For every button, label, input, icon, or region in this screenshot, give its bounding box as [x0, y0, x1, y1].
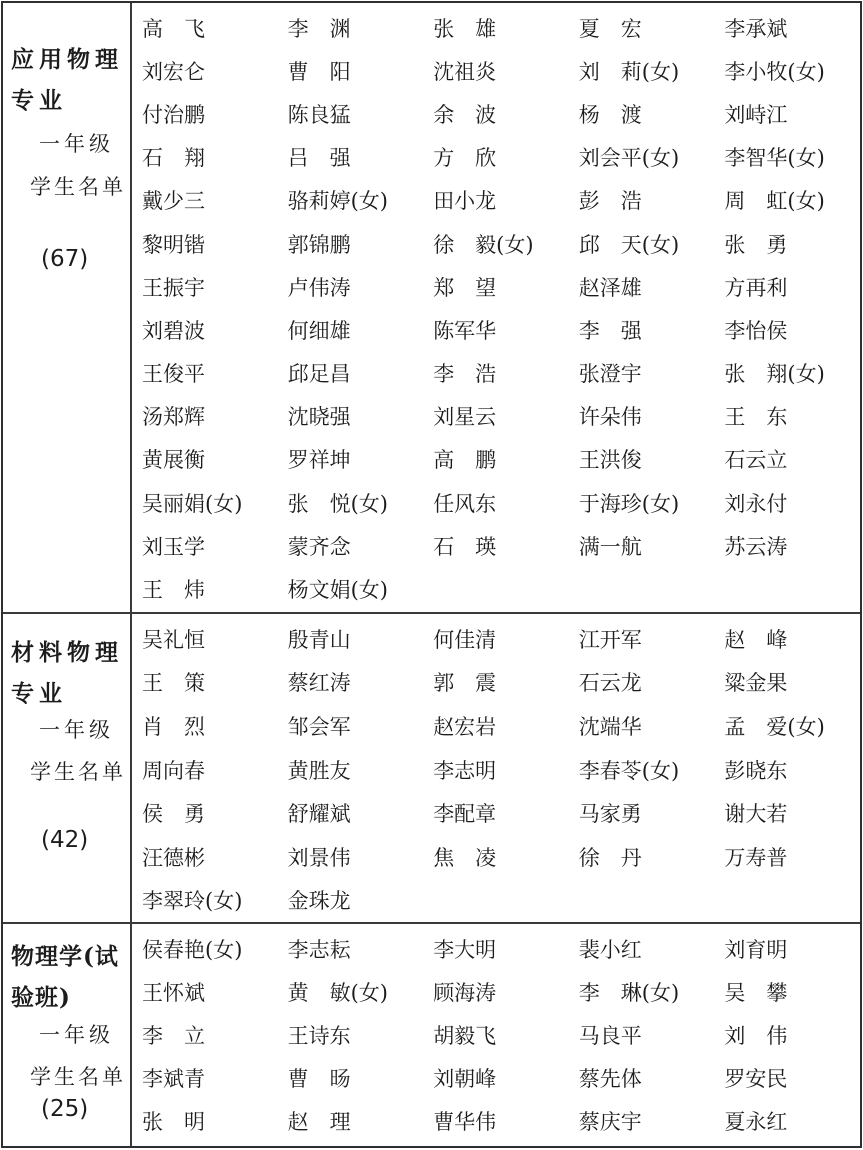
student-name: 高 飞	[132, 13, 278, 43]
student-name: 王俊平	[132, 358, 278, 388]
grade-label: 一年级	[39, 128, 114, 158]
student-name: 何佳清	[423, 624, 569, 654]
name-row: 王俊平邱足昌李 浩张澄宇张 翔(女)	[132, 352, 860, 395]
list-label: 学生名单	[30, 1061, 126, 1091]
student-name: 赵泽雄	[569, 272, 715, 302]
name-row: 黄展衡罗祥坤高 鹏王洪俊石云立	[132, 438, 860, 481]
student-name: 李配章	[423, 798, 569, 828]
student-name: 邱 天(女)	[569, 229, 715, 259]
student-name: 卢伟涛	[278, 272, 424, 302]
student-name: 刘景伟	[278, 842, 424, 872]
student-name: 邹会军	[278, 711, 424, 741]
student-name: 夏永红	[714, 1106, 860, 1136]
page: 应用物理 专业 一年级 学生名单 (67) 高 飞李 渊张 雄夏 宏李承斌刘宏仑…	[0, 0, 863, 1150]
student-name: 舒耀斌	[278, 798, 424, 828]
name-row: 戴少三骆莉婷(女)田小龙彭 浩周 虹(女)	[132, 179, 860, 222]
student-name: 张 悦(女)	[278, 488, 424, 518]
name-row: 付治鹏陈良猛余 波杨 渡刘峙江	[132, 92, 860, 135]
student-name: 侯春艳(女)	[132, 934, 278, 964]
student-name: 李志明	[423, 755, 569, 785]
student-name: 裴小红	[569, 934, 715, 964]
student-name: 孟 爱(女)	[714, 711, 860, 741]
count-label: (42)	[41, 827, 88, 853]
student-name: 骆莉婷(女)	[278, 185, 424, 215]
name-row: 李翠玲(女)金珠龙	[132, 878, 860, 922]
student-name: 吕 强	[278, 142, 424, 172]
student-name: 刘玉学	[132, 531, 278, 561]
label-cell-physics-experimental: 物理学(试 验班) 一年级 学生名单 (25)	[3, 924, 132, 1146]
student-name: 黎明锴	[132, 229, 278, 259]
name-row: 石 翔吕 强方 欣刘会平(女)李智华(女)	[132, 136, 860, 179]
student-name: 石云龙	[569, 667, 715, 697]
names-grid-physics-experimental: 侯春艳(女)李志耘李大明裴小红刘育明王怀斌黄 敏(女)顾海涛李 琳(女)吴 攀李…	[132, 924, 860, 1146]
name-row: 黎明锴郭锦鹏徐 毅(女)邱 天(女)张 勇	[132, 222, 860, 265]
student-name: 王洪俊	[569, 444, 715, 474]
student-name: 杨文娟(女)	[278, 574, 424, 604]
student-name: 罗祥坤	[278, 444, 424, 474]
student-name: 赵宏岩	[423, 711, 569, 741]
student-name: 张 雄	[423, 13, 569, 43]
student-name: 方再利	[714, 272, 860, 302]
name-row: 吴丽娟(女)张 悦(女)任风东于海珍(女)刘永付	[132, 481, 860, 524]
student-name: 肖 烈	[132, 711, 278, 741]
name-row: 李斌青曹 旸刘朝峰蔡先体罗安民	[132, 1057, 860, 1100]
student-name: 沈晓强	[278, 401, 424, 431]
student-name: 李承斌	[714, 13, 860, 43]
list-label: 学生名单	[30, 756, 126, 786]
name-row: 肖 烈邹会军赵宏岩沈端华孟 爱(女)	[132, 704, 860, 748]
name-row: 王怀斌黄 敏(女)顾海涛李 琳(女)吴 攀	[132, 970, 860, 1013]
list-label: 学生名单	[30, 171, 126, 201]
student-name: 余 波	[423, 99, 569, 129]
section-materials-physics: 材料物理 专业 一年级 学生名单 (42) 吴礼恒殷青山何佳清江开军赵 峰王 策…	[3, 614, 860, 924]
name-row: 刘宏仑曹 阳沈祖炎刘 莉(女)李小牧(女)	[132, 49, 860, 92]
name-row: 王 炜杨文娟(女)	[132, 567, 860, 610]
student-name: 黄 敏(女)	[278, 977, 424, 1007]
names-grid-applied-physics: 高 飞李 渊张 雄夏 宏李承斌刘宏仑曹 阳沈祖炎刘 莉(女)李小牧(女)付治鹏陈…	[132, 3, 860, 612]
major-label: 应用物理 专业	[11, 39, 131, 121]
student-name: 蒙齐念	[278, 531, 424, 561]
student-name: 张 明	[132, 1106, 278, 1136]
student-name: 李翠玲(女)	[132, 885, 278, 915]
student-name: 刘 伟	[714, 1020, 860, 1050]
student-name: 许朵伟	[569, 401, 715, 431]
name-row: 张 明赵 理曹华伟蔡庆宇夏永红	[132, 1100, 860, 1143]
student-name: 吴 攀	[714, 977, 860, 1007]
student-name: 胡毅飞	[423, 1020, 569, 1050]
student-name: 夏 宏	[569, 13, 715, 43]
name-row: 周向春黄胜友李志明李春苓(女)彭晓东	[132, 748, 860, 792]
student-name: 万寿普	[714, 842, 860, 872]
student-name: 刘会平(女)	[569, 142, 715, 172]
student-name: 刘碧波	[132, 315, 278, 345]
student-name: 李 立	[132, 1020, 278, 1050]
student-name: 侯 勇	[132, 798, 278, 828]
student-name: 沈祖炎	[423, 56, 569, 86]
student-name: 石 瑛	[423, 531, 569, 561]
name-row: 王振宇卢伟涛郑 望赵泽雄方再利	[132, 265, 860, 308]
student-name: 陈良猛	[278, 99, 424, 129]
section-applied-physics: 应用物理 专业 一年级 学生名单 (67) 高 飞李 渊张 雄夏 宏李承斌刘宏仑…	[3, 3, 860, 614]
student-name: 彭晓东	[714, 755, 860, 785]
student-name: 李怡侯	[714, 315, 860, 345]
name-row: 王 策蔡红涛郭 震石云龙粱金果	[132, 661, 860, 705]
student-name: 罗安民	[714, 1063, 860, 1093]
student-name: 王振宇	[132, 272, 278, 302]
student-name: 李大明	[423, 934, 569, 964]
student-name: 粱金果	[714, 667, 860, 697]
student-name: 吴礼恒	[132, 624, 278, 654]
student-name: 徐 丹	[569, 842, 715, 872]
student-name: 曹 阳	[278, 56, 424, 86]
student-name: 赵 峰	[714, 624, 860, 654]
label-cell-applied-physics: 应用物理 专业 一年级 学生名单 (67)	[3, 3, 132, 612]
name-row: 李 立王诗东胡毅飞马良平刘 伟	[132, 1013, 860, 1056]
student-name: 高 鹏	[423, 444, 569, 474]
student-name: 王 策	[132, 667, 278, 697]
student-name: 沈端华	[569, 711, 715, 741]
student-name: 张澄宇	[569, 358, 715, 388]
section-physics-experimental: 物理学(试 验班) 一年级 学生名单 (25) 侯春艳(女)李志耘李大明裴小红刘…	[3, 924, 860, 1146]
student-name: 刘 莉(女)	[569, 56, 715, 86]
name-row: 汤郑辉沈晓强刘星云许朵伟王 东	[132, 395, 860, 438]
student-name: 方 欣	[423, 142, 569, 172]
student-name: 马家勇	[569, 798, 715, 828]
major-label: 材料物理 专业	[11, 632, 131, 714]
student-name: 汪德彬	[132, 842, 278, 872]
student-name: 苏云涛	[714, 531, 860, 561]
student-name: 戴少三	[132, 185, 278, 215]
student-name: 陈军华	[423, 315, 569, 345]
student-name: 汤郑辉	[132, 401, 278, 431]
student-name: 王 炜	[132, 574, 278, 604]
student-name: 赵 理	[278, 1106, 424, 1136]
student-name: 郭锦鹏	[278, 229, 424, 259]
student-name: 郭 震	[423, 667, 569, 697]
student-name: 刘育明	[714, 934, 860, 964]
student-name: 刘星云	[423, 401, 569, 431]
student-name: 石 翔	[132, 142, 278, 172]
student-name: 蔡先体	[569, 1063, 715, 1093]
student-name: 张 翔(女)	[714, 358, 860, 388]
student-name: 邱足昌	[278, 358, 424, 388]
name-row: 侯 勇舒耀斌李配章马家勇谢大若	[132, 791, 860, 835]
student-name: 蔡红涛	[278, 667, 424, 697]
student-name: 石云立	[714, 444, 860, 474]
student-name: 殷青山	[278, 624, 424, 654]
student-name: 李 浩	[423, 358, 569, 388]
grade-label: 一年级	[39, 714, 114, 744]
student-name: 王 东	[714, 401, 860, 431]
student-name: 李春苓(女)	[569, 755, 715, 785]
count-label: (67)	[41, 246, 88, 272]
student-name: 金珠龙	[278, 885, 424, 915]
student-name: 刘永付	[714, 488, 860, 518]
grade-label: 一年级	[39, 1019, 114, 1049]
student-name: 周 虹(女)	[714, 185, 860, 215]
count-label: (25)	[41, 1096, 88, 1122]
student-name: 彭 浩	[569, 185, 715, 215]
name-row: 高 飞李 渊张 雄夏 宏李承斌	[132, 6, 860, 49]
student-name: 李小牧(女)	[714, 56, 860, 86]
student-name: 李智华(女)	[714, 142, 860, 172]
student-name: 谢大若	[714, 798, 860, 828]
label-cell-materials-physics: 材料物理 专业 一年级 学生名单 (42)	[3, 614, 132, 922]
student-name: 曹华伟	[423, 1106, 569, 1136]
student-name: 曹 旸	[278, 1063, 424, 1093]
student-name: 李志耘	[278, 934, 424, 964]
student-name: 何细雄	[278, 315, 424, 345]
student-name: 李斌青	[132, 1063, 278, 1093]
name-row: 刘碧波何细雄陈军华李 强李怡侯	[132, 308, 860, 351]
roster-table: 应用物理 专业 一年级 学生名单 (67) 高 飞李 渊张 雄夏 宏李承斌刘宏仑…	[1, 1, 862, 1148]
student-name: 李 强	[569, 315, 715, 345]
student-name: 焦 凌	[423, 842, 569, 872]
student-name: 江开军	[569, 624, 715, 654]
name-row: 汪德彬刘景伟焦 凌徐 丹万寿普	[132, 835, 860, 879]
name-row: 侯春艳(女)李志耘李大明裴小红刘育明	[132, 927, 860, 970]
student-name: 王怀斌	[132, 977, 278, 1007]
student-name: 黄胜友	[278, 755, 424, 785]
student-name: 周向春	[132, 755, 278, 785]
student-name: 马良平	[569, 1020, 715, 1050]
student-name: 蔡庆宇	[569, 1106, 715, 1136]
student-name: 满一航	[569, 531, 715, 561]
names-grid-materials-physics: 吴礼恒殷青山何佳清江开军赵 峰王 策蔡红涛郭 震石云龙粱金果肖 烈邹会军赵宏岩沈…	[132, 614, 860, 922]
student-name: 顾海涛	[423, 977, 569, 1007]
student-name: 吴丽娟(女)	[132, 488, 278, 518]
student-name: 黄展衡	[132, 444, 278, 474]
student-name: 张 勇	[714, 229, 860, 259]
name-row: 吴礼恒殷青山何佳清江开军赵 峰	[132, 617, 860, 661]
name-row: 刘玉学蒙齐念石 瑛满一航苏云涛	[132, 524, 860, 567]
student-name: 王诗东	[278, 1020, 424, 1050]
student-name: 郑 望	[423, 272, 569, 302]
student-name: 刘朝峰	[423, 1063, 569, 1093]
student-name: 李 琳(女)	[569, 977, 715, 1007]
student-name: 刘峙江	[714, 99, 860, 129]
student-name: 于海珍(女)	[569, 488, 715, 518]
student-name: 任风东	[423, 488, 569, 518]
major-label: 物理学(试 验班)	[11, 936, 131, 1018]
student-name: 付治鹏	[132, 99, 278, 129]
student-name: 杨 渡	[569, 99, 715, 129]
student-name: 徐 毅(女)	[423, 229, 569, 259]
student-name: 田小龙	[423, 185, 569, 215]
student-name: 刘宏仑	[132, 56, 278, 86]
student-name: 李 渊	[278, 13, 424, 43]
